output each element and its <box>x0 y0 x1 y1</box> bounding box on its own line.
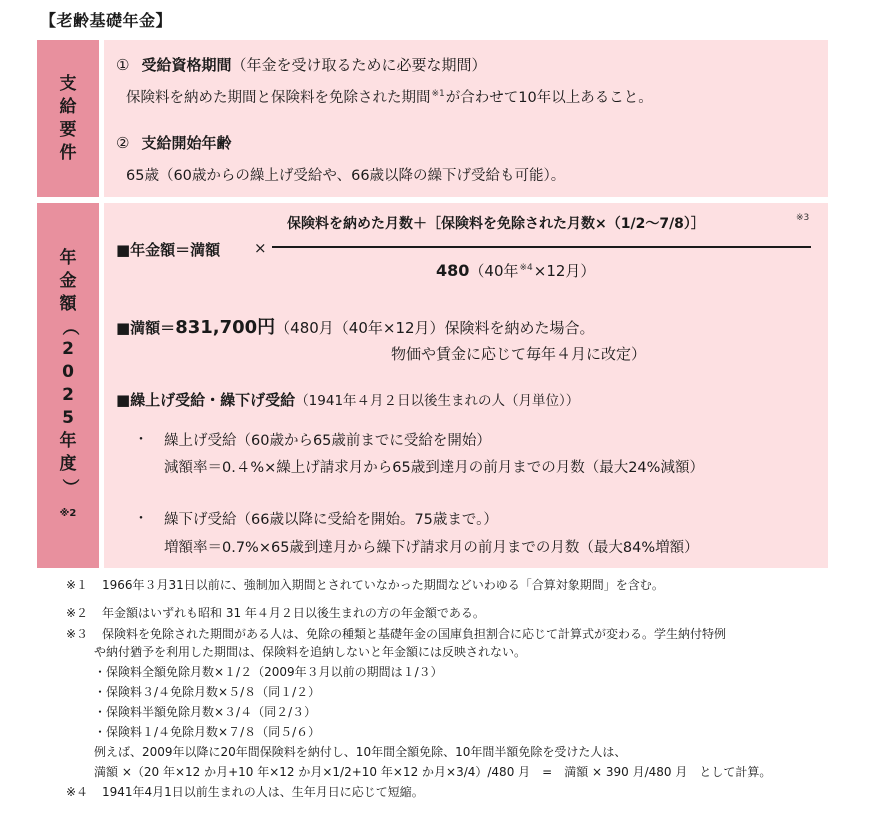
item-note: （年金を受け取るために必要な期間） <box>231 56 486 74</box>
footnote-3-example: 満額 ×（20 年×12 か月+10 年×12 か月×1/2+10 年×12 か… <box>94 764 771 780</box>
early-rate: 減額率＝0.４%×繰上げ請求月から65歳到達月の前月までの月数（最大24%減額） <box>164 456 704 477</box>
start-age-body: 65歳（60歳からの繰上げ受給や、66歳以降の繰下げ受給も可能）。 <box>126 164 565 185</box>
label-char: 0 <box>62 361 74 384</box>
label-char: 要 <box>60 119 77 142</box>
early-late-heading: ■繰上げ受給・繰下げ受給（1941年４月２日以後生まれの人（月単位）） <box>116 389 579 410</box>
eligibility-label: 支 給 要 件 <box>37 40 99 197</box>
footnote-1: ※１1966年３月31日以前に、強制加入期間とされていなかった期間などいわゆる「… <box>66 577 664 593</box>
footnote-ref: ※3 <box>796 213 809 223</box>
footnote-mark: ※４ <box>66 784 102 800</box>
body-text: が合わせて10年以上あること。 <box>446 90 653 106</box>
full-amount: ■満額＝831,700円（480月（40年×12月）保険料を納めた場合。 <box>116 313 595 339</box>
footnote-text: 1941年4月1日以前生まれの人は、生年月日に応じて短縮。 <box>102 785 424 799</box>
full-amount-value: 831,700円 <box>175 317 275 338</box>
item-number: ① <box>116 56 129 74</box>
label-char: 年 <box>60 430 77 453</box>
full-amount-note: （480月（40年×12月）保険料を納めた場合。 <box>275 319 594 337</box>
label-char: 金 <box>60 270 77 293</box>
footnote-3-sub-item: ・保険料１/４免除月数×７/８（同５/６） <box>94 724 320 740</box>
denominator-value: 480 <box>436 261 469 280</box>
amount-content: ■年金額＝満額 × 保険料を納めた月数＋［保険料を免除された月数×（1/2～7/… <box>104 203 828 568</box>
footnote-text: 1966年３月31日以前に、強制加入期間とされていなかった期間などいわゆる「合算… <box>102 578 664 592</box>
footnote-3-sub-item: ・保険料半額免除月数×３/４（同２/３） <box>94 704 316 720</box>
item-number: ② <box>116 134 129 152</box>
bullet: ・ <box>134 508 148 528</box>
full-amount-label: ■満額＝ <box>116 319 175 337</box>
footnote-3-continuation: や納付猶予を利用した期間は、保険料を追納しないと年金額には反映されない。 <box>94 644 526 660</box>
footnote-text: 年金額はいずれも昭和 31 年４月２日以後生まれの方の年金額である。 <box>102 606 485 620</box>
body-text: 保険料を納めた期間と保険料を免除された期間 <box>126 90 431 106</box>
amount-label: 年 金 額 （ 2 0 2 5 年 度 ） ※2 <box>37 203 99 568</box>
multiply-sign: × <box>254 239 267 257</box>
item-title: 受給資格期間 <box>141 56 231 74</box>
page-title: 【老齢基礎年金】 <box>40 8 172 31</box>
label-char: 支 <box>60 73 77 96</box>
formula-numerator: 保険料を納めた月数＋［保険料を免除された月数×（1/2～7/8）］ <box>287 213 705 233</box>
label-char: （ <box>57 318 79 335</box>
item-qualification-period: ①受給資格期間（年金を受け取るために必要な期間） <box>116 54 486 75</box>
footnote-3-sub-item: ・保険料３/４免除月数×５/８（同１/２） <box>94 684 320 700</box>
footnote-3-sub-item: ・保険料全額免除月数×１/２（2009年３月以前の期間は１/３） <box>94 664 443 680</box>
footnote-mark: ※３ <box>66 626 102 642</box>
label-char: ） <box>57 478 79 495</box>
label-footnote-ref: ※2 <box>60 508 77 519</box>
formula-label: ■年金額＝満額 <box>116 239 220 260</box>
footnote-4: ※４1941年4月1日以前生まれの人は、生年月日に応じて短縮。 <box>66 784 424 800</box>
amount-section: 年 金 額 （ 2 0 2 5 年 度 ） ※2 ■年金額＝満額 × 保険料を納… <box>37 203 828 568</box>
label-char: 5 <box>62 407 74 430</box>
eligibility-section: 支 給 要 件 ①受給資格期間（年金を受け取るために必要な期間） 保険料を納めた… <box>37 40 828 197</box>
label-char: 2 <box>62 338 74 361</box>
early-title: 繰上げ受給（60歳から65歳前までに受給を開始） <box>164 429 491 450</box>
late-rate: 増額率＝0.7%×65歳到達月から繰下げ請求月の前月までの月数（最大84%増額） <box>164 536 699 557</box>
footnote-2: ※２年金額はいずれも昭和 31 年４月２日以後生まれの方の年金額である。 <box>66 605 485 621</box>
item-title: 支給開始年齢 <box>141 134 231 152</box>
bullet: ・ <box>134 429 148 449</box>
formula-denominator: 480（40年※4×12月） <box>436 260 595 281</box>
label-char: 年 <box>60 247 77 270</box>
label-char: 件 <box>60 142 77 165</box>
label-char: 給 <box>60 96 77 119</box>
denominator-text: ×12月） <box>534 262 596 280</box>
label-char: 2 <box>62 384 74 407</box>
footnote-mark: ※１ <box>66 577 102 593</box>
eligibility-content: ①受給資格期間（年金を受け取るために必要な期間） 保険料を納めた期間と保険料を免… <box>104 40 828 197</box>
footnote-ref: ※1 <box>432 89 445 99</box>
qualification-body: 保険料を納めた期間と保険料を免除された期間※1が合わせて10年以上あること。 <box>126 86 653 107</box>
footnote-3-example: 例えば、2009年以降に20年間保険料を納付し、10年間全額免除、10年間半額免… <box>94 744 626 760</box>
label-char: 度 <box>60 453 77 476</box>
fraction-line <box>272 246 811 248</box>
early-late-title: ■繰上げ受給・繰下げ受給 <box>116 391 295 409</box>
footnote-3: ※３保険料を免除された期間がある人は、免除の種類と基礎年金の国庫負担割合に応じて… <box>66 626 726 642</box>
item-start-age: ②支給開始年齢 <box>116 132 231 153</box>
label-char: 額 <box>60 293 77 316</box>
footnote-mark: ※２ <box>66 605 102 621</box>
footnote-text: 保険料を免除された期間がある人は、免除の種類と基礎年金の国庫負担割合に応じて計算… <box>102 627 726 641</box>
full-amount-note-2: 物価や賃金に応じて毎年４月に改定） <box>391 343 646 364</box>
footnote-ref: ※4 <box>520 263 533 273</box>
early-late-note: （1941年４月２日以後生まれの人（月単位）） <box>295 393 579 409</box>
denominator-text: （40年 <box>469 262 518 280</box>
late-title: 繰下げ受給（66歳以降に受給を開始。75歳まで。） <box>164 508 498 529</box>
